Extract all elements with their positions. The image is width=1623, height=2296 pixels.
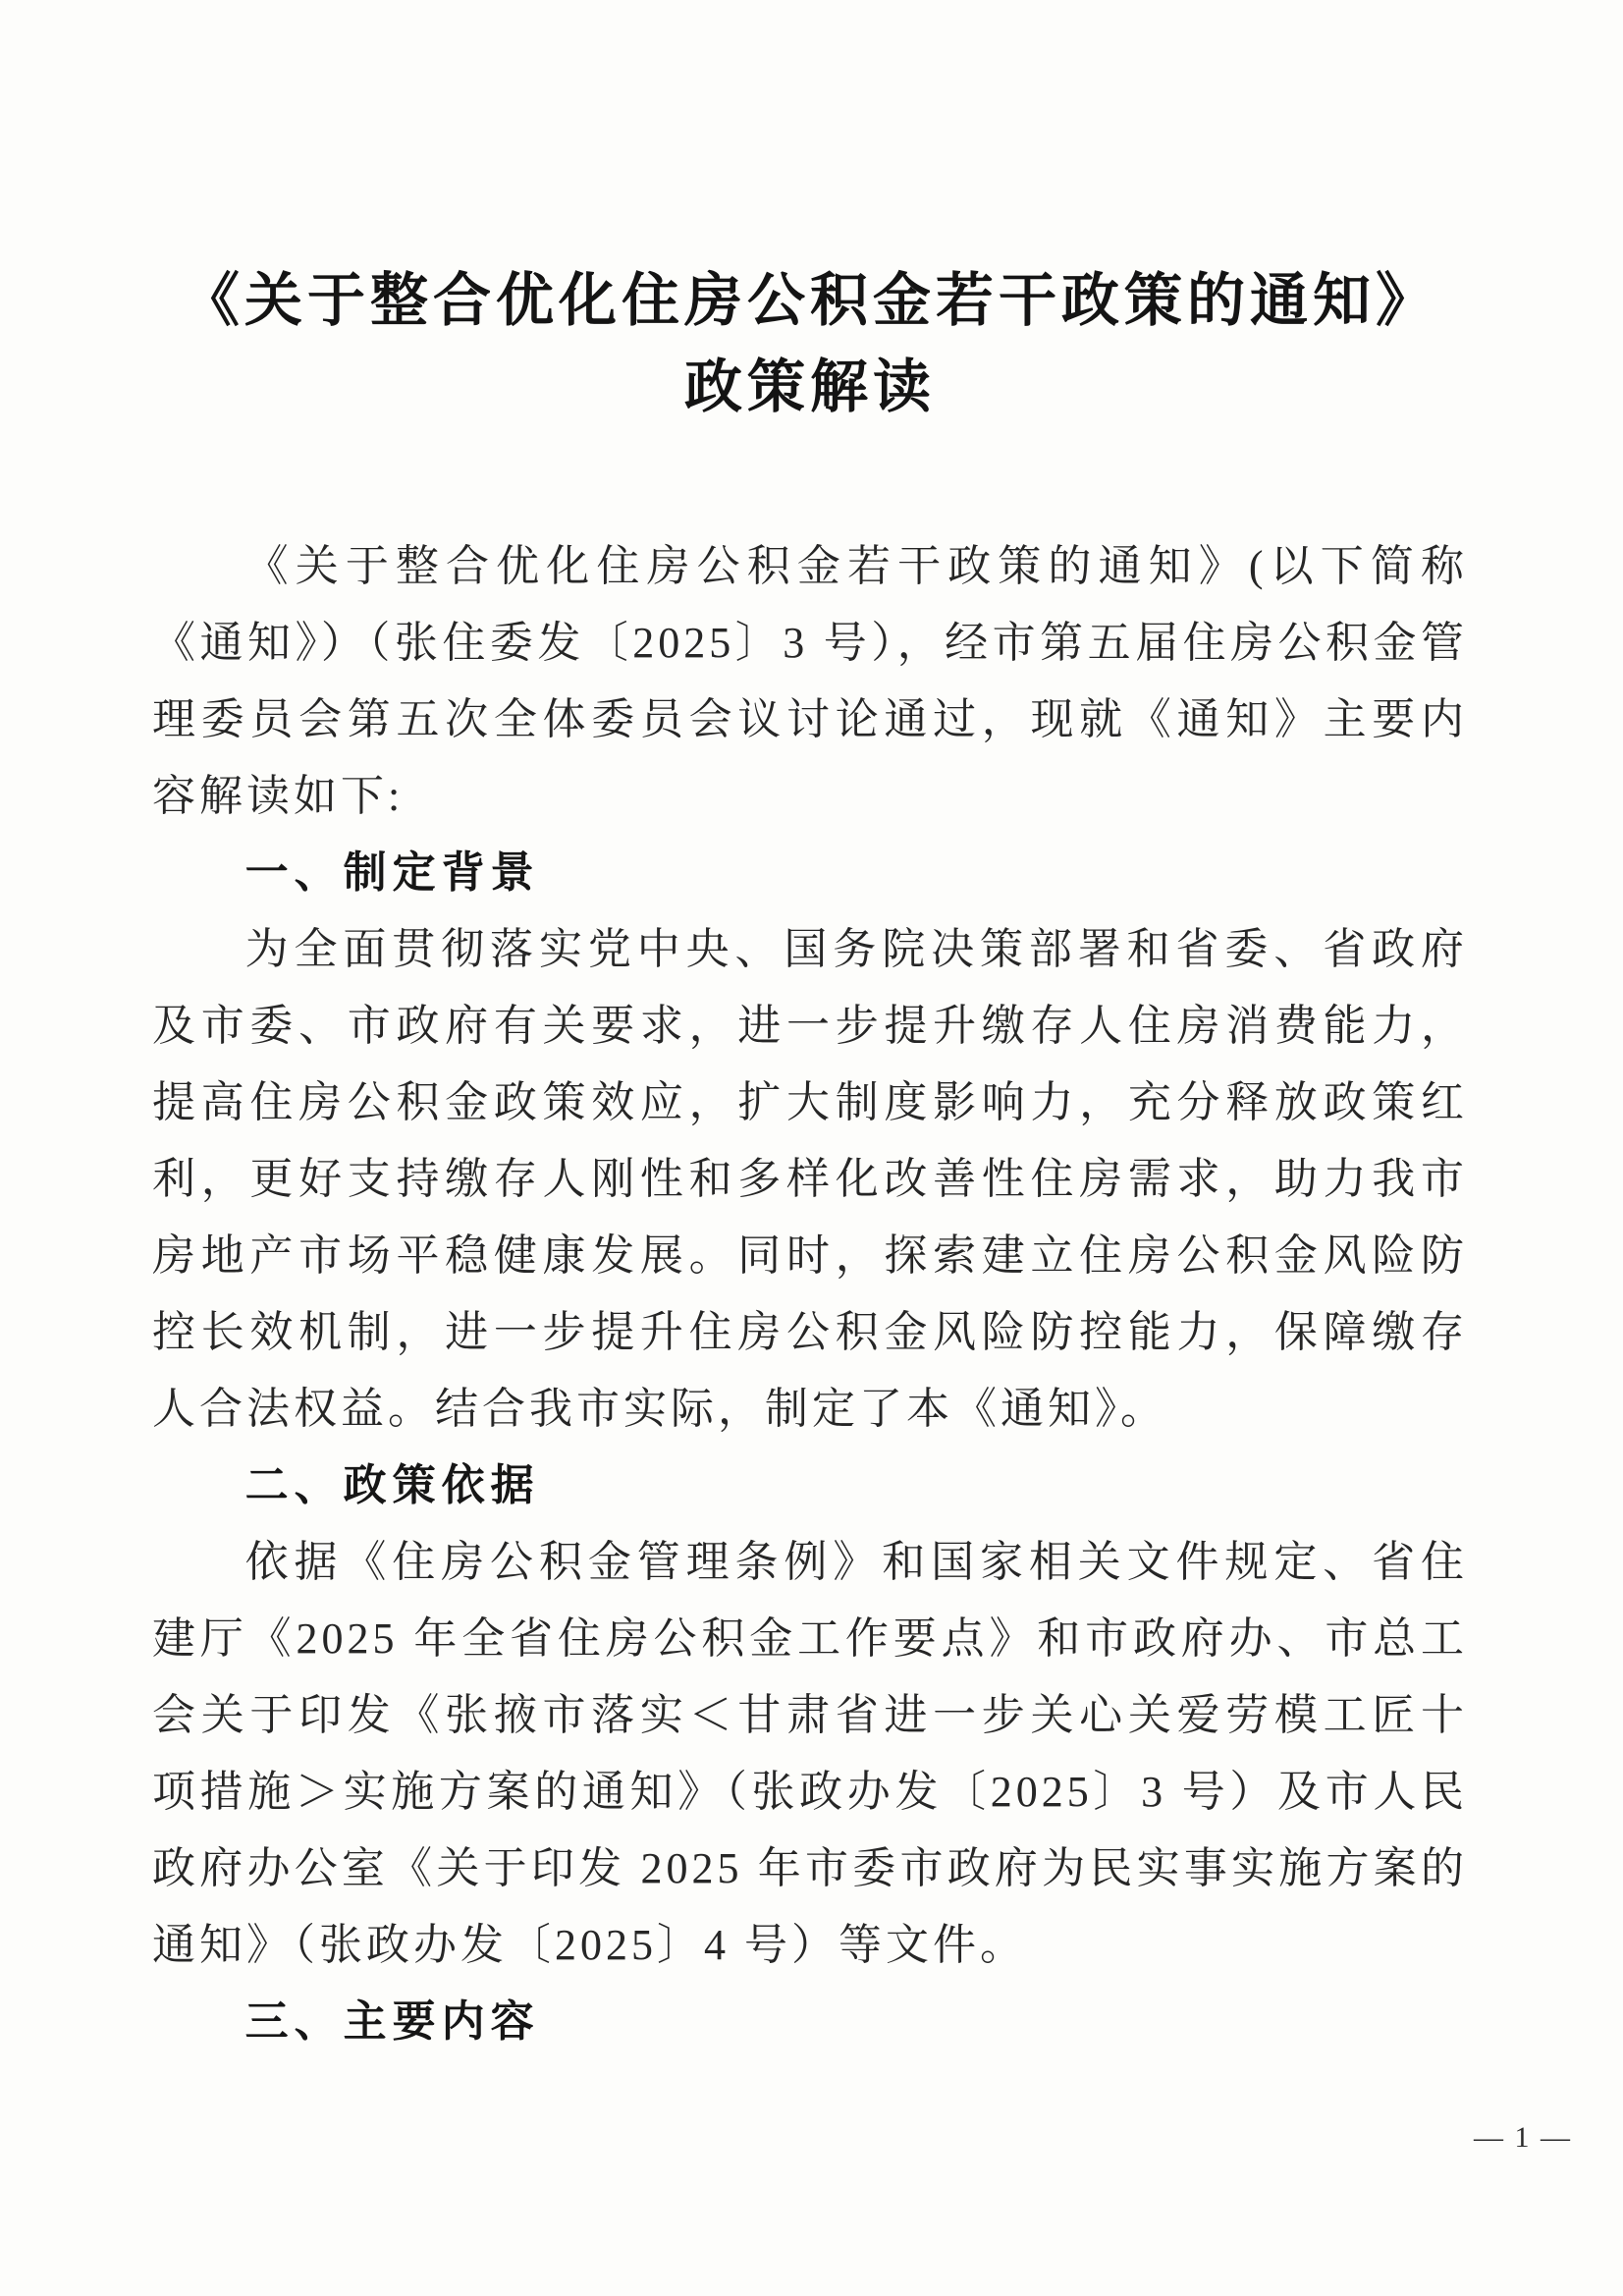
document-body: 《关于整合优化住房公积金若干政策的通知》(以下简称《通知》）（张住委发〔2025… (152, 528, 1468, 2060)
background-paragraph: 为全面贯彻落实党中央、国务院决策部署和省委、省政府及市委、市政府有关要求，进一步… (152, 911, 1468, 1448)
section-heading-main-content: 三、主要内容 (152, 1984, 1468, 2060)
section-heading-policy-basis: 二、政策依据 (152, 1448, 1468, 1524)
document-title-line1: 《关于整合优化住房公积金若干政策的通知》 (152, 257, 1468, 344)
document-title: 《关于整合优化住房公积金若干政策的通知》 政策解读 (152, 257, 1468, 430)
document-page: 《关于整合优化住房公积金若干政策的通知》 政策解读 《关于整合优化住房公积金若干… (0, 0, 1623, 2296)
page-number: — 1 — (1474, 2121, 1572, 2155)
document-title-line2: 政策解读 (152, 344, 1468, 430)
intro-paragraph: 《关于整合优化住房公积金若干政策的通知》(以下简称《通知》）（张住委发〔2025… (152, 528, 1468, 835)
section-heading-background: 一、制定背景 (152, 835, 1468, 911)
policy-basis-paragraph: 依据《住房公积金管理条例》和国家相关文件规定、省住建厅《2025 年全省住房公积… (152, 1524, 1468, 1984)
